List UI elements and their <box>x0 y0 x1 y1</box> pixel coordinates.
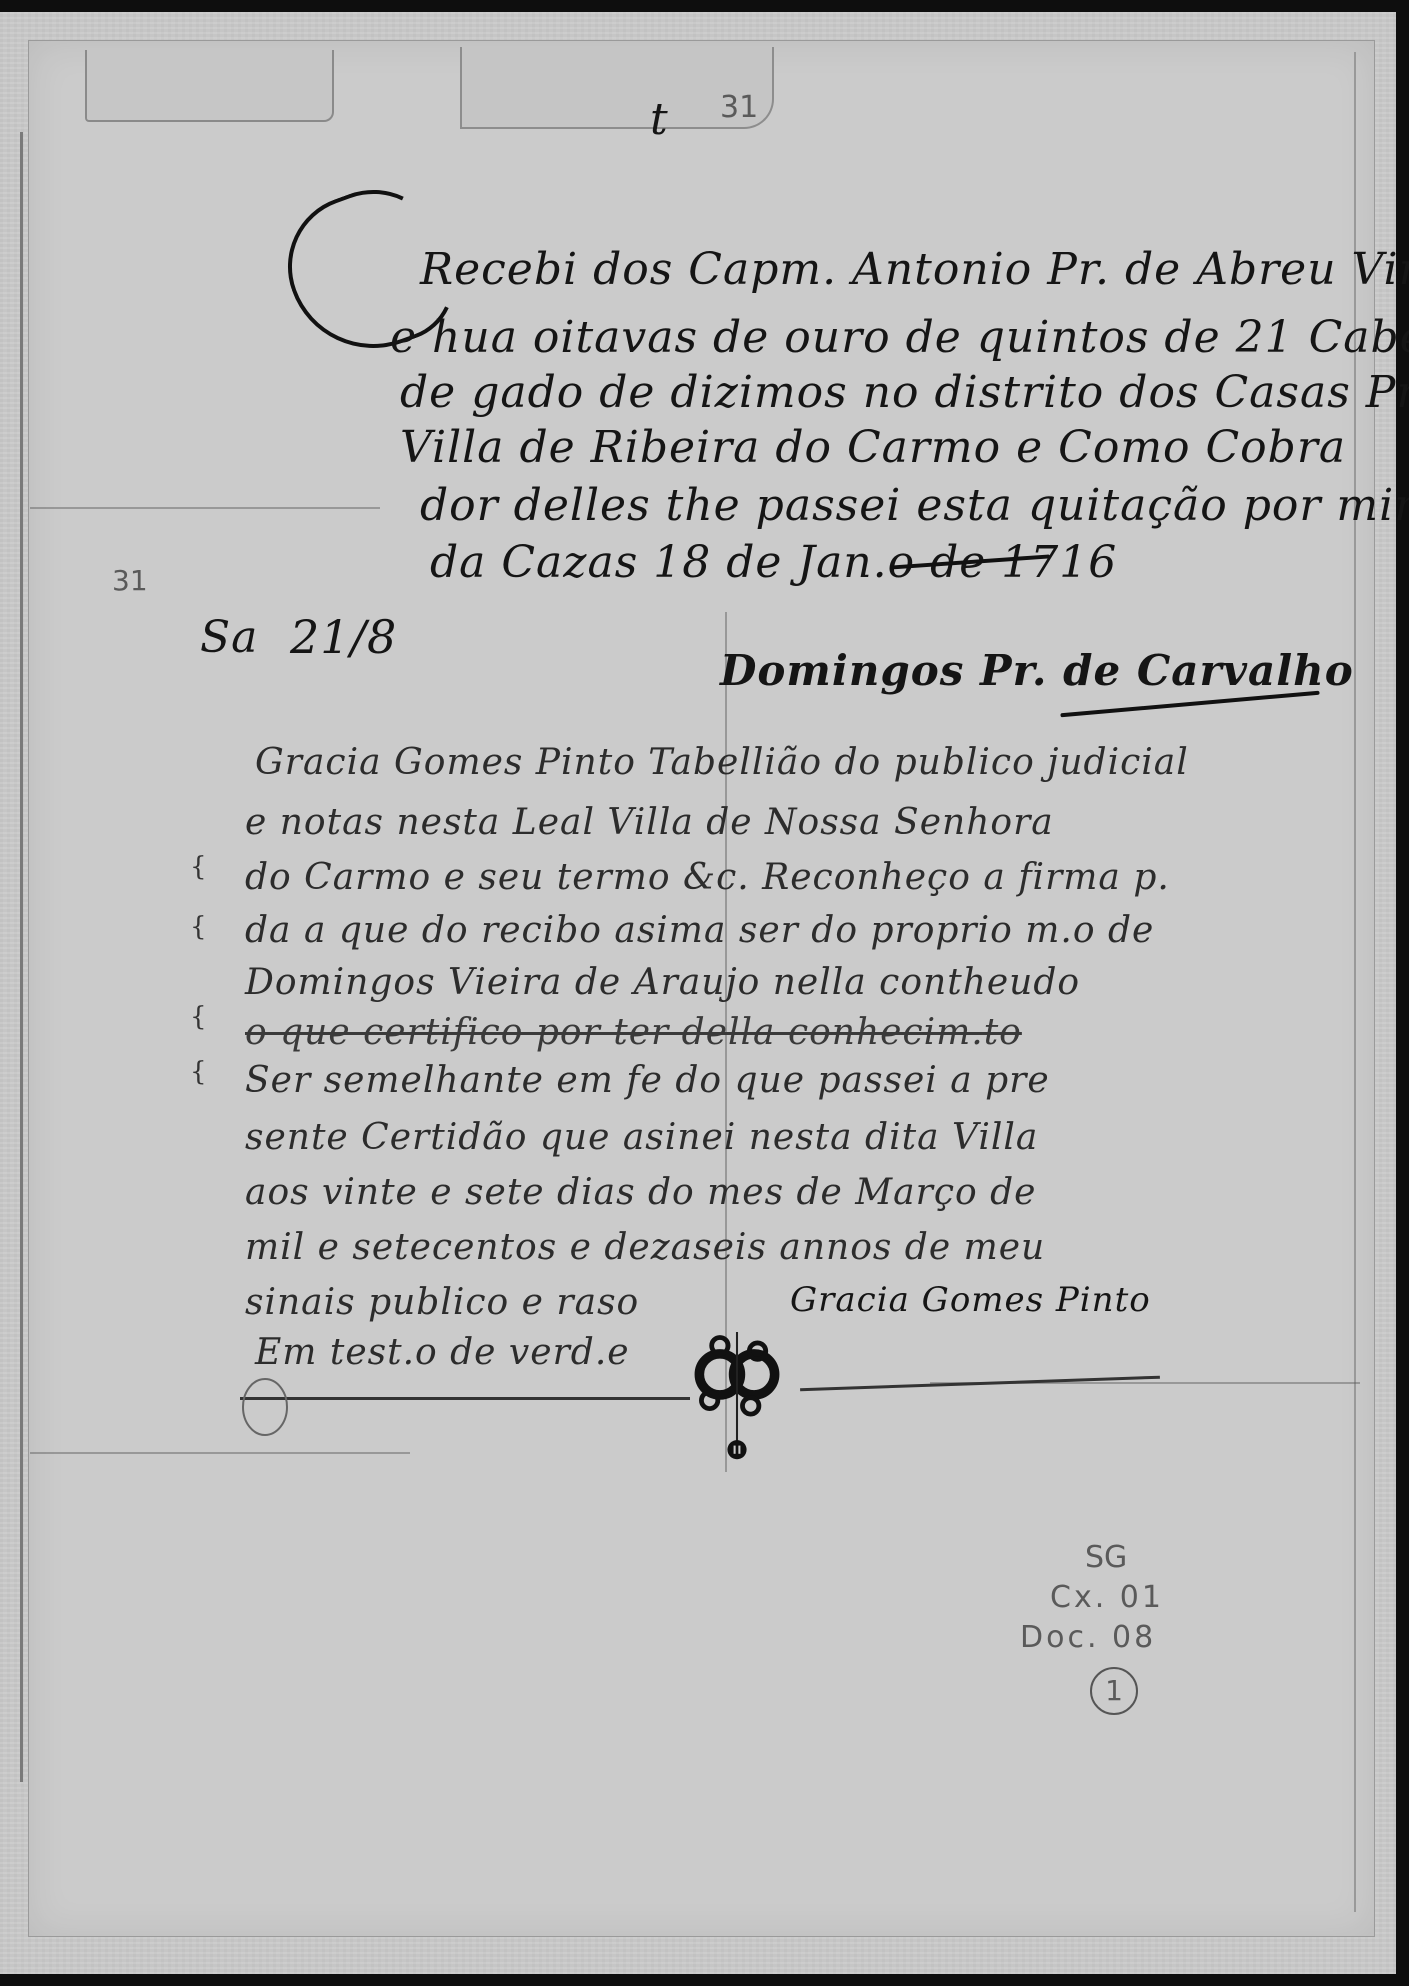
archive-page-number: 1 <box>1090 1667 1138 1715</box>
paper-left-edge <box>20 132 23 1782</box>
receipt-line: Villa de Ribeira do Carmo e Como Cobra <box>400 422 1346 473</box>
notarial-line: mil e setecentos e dezaseis annos de meu <box>245 1227 1045 1268</box>
receipt-line: de gado de dizimos no distrito dos Casas… <box>400 367 1409 418</box>
amount-value: 21/8 <box>290 610 397 664</box>
margin-bracket: { <box>190 912 207 942</box>
receipt-signature: Domingos Pr. de Carvalho <box>720 646 1354 695</box>
notarial-line: do Carmo e seu termo &c. Reconheço a fir… <box>245 857 1170 898</box>
margin-bracket: { <box>190 1057 207 1087</box>
folio-mark: t <box>650 94 669 145</box>
receipt-line: dor delles the passei esta quitação por … <box>420 480 1409 531</box>
margin-bracket: { <box>190 1002 207 1032</box>
folio-number-left: 31 <box>112 564 148 597</box>
circled-mark-icon <box>235 1372 295 1442</box>
receipt-line: da Cazas 18 de Jan.o de 1716 <box>430 537 1117 588</box>
margin-bracket: { <box>190 852 207 882</box>
archive-page: 1 <box>1090 1667 1138 1715</box>
paper-tear-left <box>85 50 334 122</box>
archive-doc: Doc. 08 <box>1020 1620 1156 1655</box>
notarial-line: Em test.o de verd.e <box>255 1332 630 1373</box>
notarial-line-struck: o que certifico por ter della conhecim.t… <box>245 1012 1022 1053</box>
signature-rule-left <box>240 1397 690 1400</box>
scan-background: t 31 31 Recebi dos Capm. Antonio Pr. de … <box>0 12 1396 1974</box>
notary-sign-mark-icon <box>672 1332 802 1462</box>
notary-signature: Gracia Gomes Pinto <box>790 1280 1151 1320</box>
folio-number-top: 31 <box>720 90 758 125</box>
notarial-line: aos vinte e sete dias do mes de Março de <box>245 1172 1036 1213</box>
notarial-line: Gracia Gomes Pinto Tabellião do publico … <box>255 742 1189 783</box>
notarial-line: e notas nesta Leal Villa de Nossa Senhor… <box>245 802 1054 843</box>
archive-fund: SG <box>1085 1540 1127 1575</box>
notarial-line: Domingos Vieira de Araujo nella contheud… <box>245 962 1080 1003</box>
notarial-line: sente Certidão que asinei nesta dita Vil… <box>245 1117 1038 1158</box>
notarial-line: da a que do recibo asima ser do proprio … <box>245 910 1154 951</box>
receipt-line: e hua oitavas de ouro de quintos de 21 C… <box>390 312 1409 363</box>
notarial-line: sinais publico e raso <box>245 1282 639 1323</box>
notarial-line: Ser semelhante em fe do que passei a pre <box>245 1060 1050 1101</box>
amount-prefix: Sa <box>200 612 258 663</box>
archive-box: Cx. 01 <box>1050 1580 1164 1615</box>
fold-line <box>30 1452 410 1454</box>
fold-line <box>30 507 380 509</box>
receipt-line: Recebi dos Capm. Antonio Pr. de Abreu Vi… <box>420 244 1409 295</box>
